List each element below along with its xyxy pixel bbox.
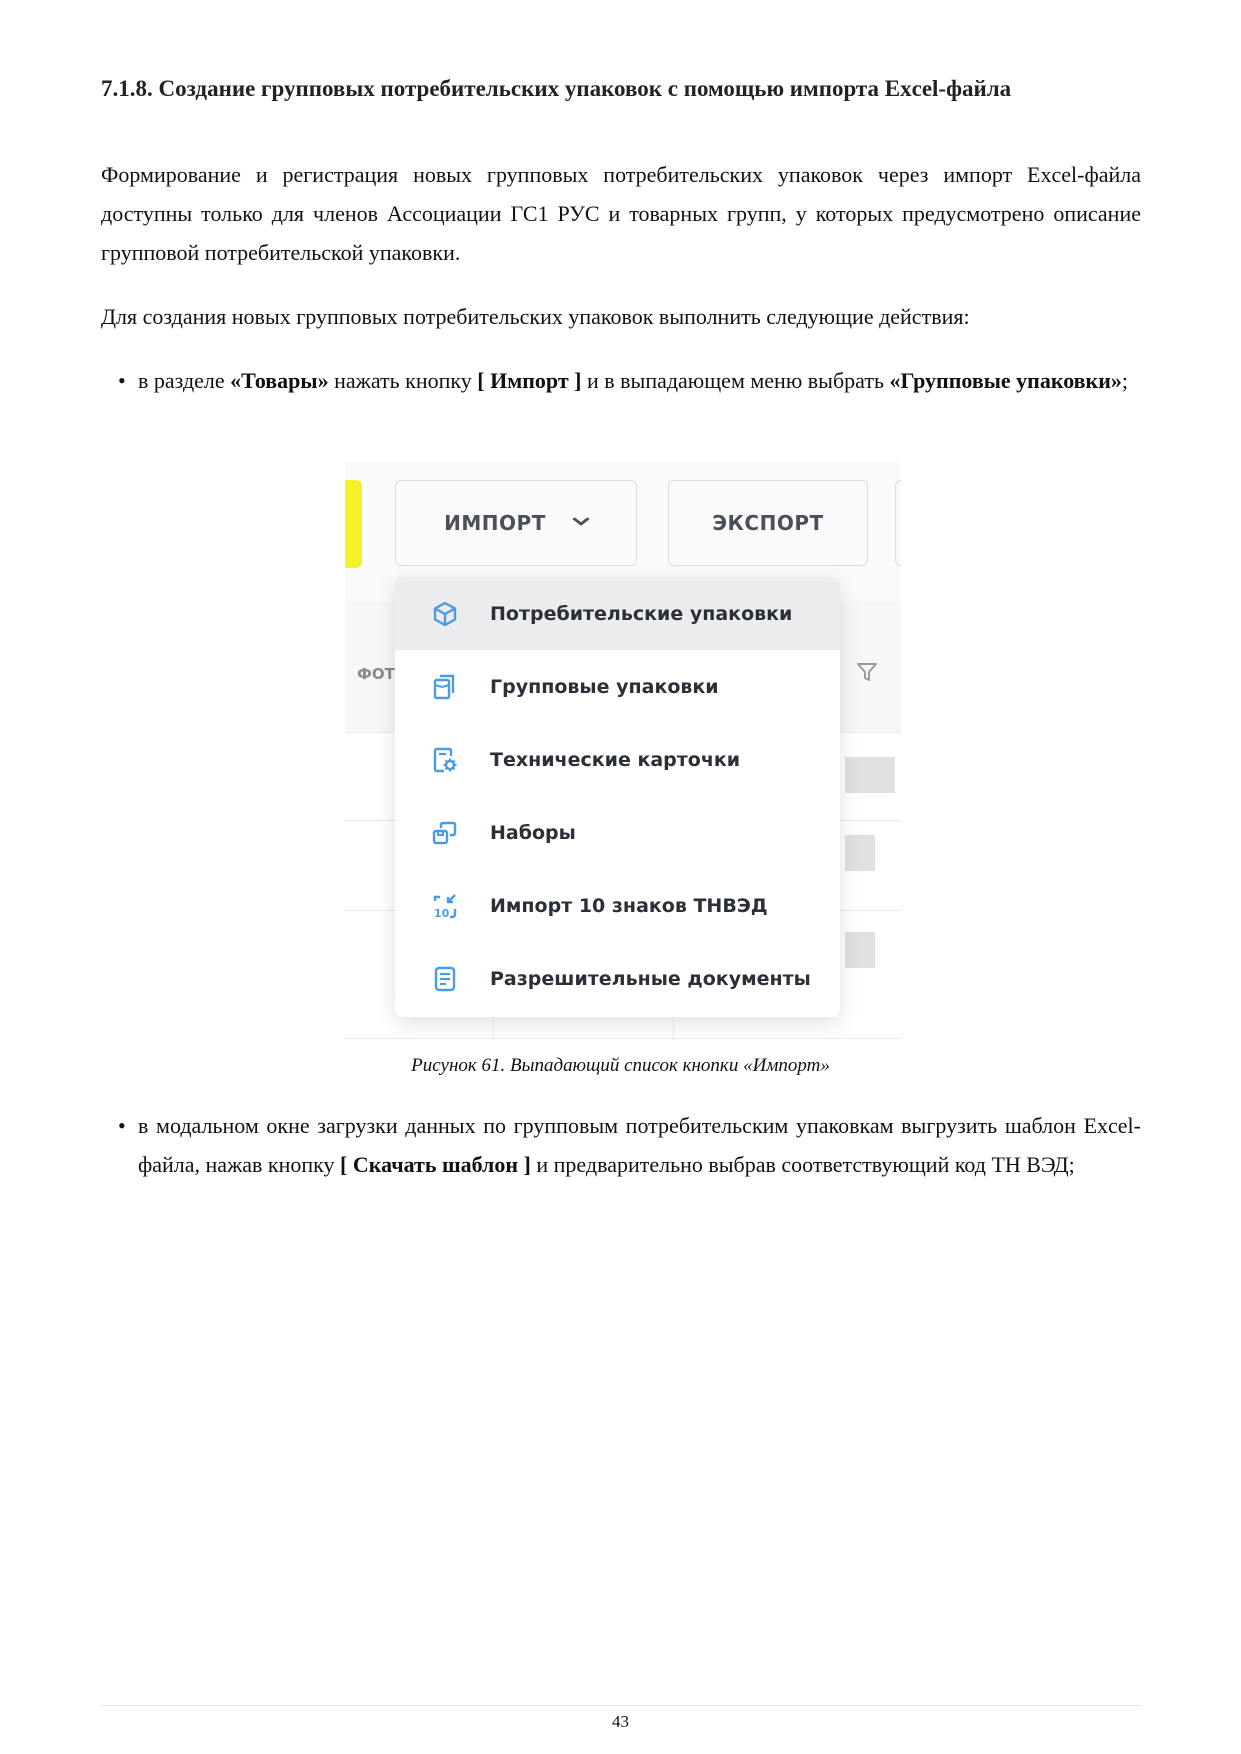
- intro-paragraph: Формирование и регистрация новых группов…: [101, 155, 1141, 272]
- steps-intro-paragraph: Для создания новых групповых потребитель…: [101, 297, 1141, 336]
- yellow-action-button[interactable]: [345, 480, 362, 568]
- menu-item-label: Импорт 10 знаков ТНВЭД: [490, 895, 768, 917]
- blurred-cell: [845, 757, 895, 793]
- bold-run: «Товары»: [230, 368, 328, 393]
- section-heading: 7.1.8. Создание групповых потребительски…: [101, 74, 1141, 103]
- menu-item-sets[interactable]: Наборы: [395, 796, 840, 869]
- toolbar-button-partial[interactable]: [895, 480, 901, 566]
- filter-icon[interactable]: [855, 660, 879, 684]
- bullet-marker: •: [118, 1106, 126, 1145]
- figure-caption: Рисунок 61. Выпадающий список кнопки «Им…: [0, 1055, 1241, 1077]
- menu-item-label: Наборы: [490, 822, 576, 844]
- menu-item-label: Разрешительные документы: [490, 968, 811, 990]
- tech-card-icon: [431, 746, 459, 774]
- menu-item-import-10-tnved[interactable]: 10 Импорт 10 знаков ТНВЭД: [395, 869, 840, 942]
- text-run: нажать кнопку: [329, 368, 478, 393]
- export-button[interactable]: ЭКСПОРТ: [668, 480, 868, 566]
- svg-text:10: 10: [434, 907, 450, 920]
- bold-run: [ Скачать шаблон ]: [340, 1152, 531, 1177]
- bold-run: [ Импорт ]: [477, 368, 581, 393]
- text-run: ;: [1122, 368, 1128, 393]
- document-icon: [431, 965, 459, 993]
- menu-item-consumer-packages[interactable]: Потребительские упаковки: [395, 577, 840, 650]
- menu-item-label: Технические карточки: [490, 749, 740, 771]
- page-number: 43: [0, 1712, 1241, 1732]
- blurred-cell: [845, 835, 875, 871]
- import-dropdown-menu: Потребительские упаковки Групповые упако…: [395, 577, 840, 1017]
- import-button-label: ИМПОРТ: [444, 511, 546, 535]
- cube-icon: [431, 600, 459, 628]
- bullet-text: в разделе «Товары» нажать кнопку [ Импор…: [138, 361, 1141, 400]
- menu-item-label: Групповые упаковки: [490, 676, 719, 698]
- footer-divider: [101, 1705, 1141, 1706]
- figure-import-dropdown: ИМПОРТ ЭКСПОРТ ФОТ: [345, 462, 901, 1040]
- blurred-cell: [845, 932, 875, 968]
- menu-item-group-packages[interactable]: Групповые упаковки: [395, 650, 840, 723]
- bullet-text: в модальном окне загрузки данных по груп…: [138, 1106, 1141, 1184]
- bullet-marker: •: [118, 361, 126, 400]
- text-run: и в выпадающем меню выбрать: [581, 368, 889, 393]
- import-10-icon: 10: [431, 892, 459, 920]
- import-button[interactable]: ИМПОРТ: [395, 480, 637, 566]
- export-button-label: ЭКСПОРТ: [712, 511, 823, 535]
- bullet-step-1: • в разделе «Товары» нажать кнопку [ Имп…: [101, 361, 1141, 400]
- sets-icon: [431, 819, 459, 847]
- bold-run: «Групповые упаковки»: [889, 368, 1121, 393]
- group-package-icon: [431, 673, 459, 701]
- text-run: в разделе: [138, 368, 230, 393]
- menu-item-tech-cards[interactable]: Технические карточки: [395, 723, 840, 796]
- chevron-down-icon: [572, 515, 590, 531]
- bullet-step-2: • в модальном окне загрузки данных по гр…: [101, 1106, 1141, 1184]
- row-divider: [345, 1038, 901, 1039]
- text-run: и предварительно выбрав соответствующий …: [531, 1152, 1075, 1177]
- menu-item-permits[interactable]: Разрешительные документы: [395, 942, 840, 1015]
- menu-item-label: Потребительские упаковки: [490, 603, 792, 625]
- column-header-photo: ФОТ: [357, 665, 395, 683]
